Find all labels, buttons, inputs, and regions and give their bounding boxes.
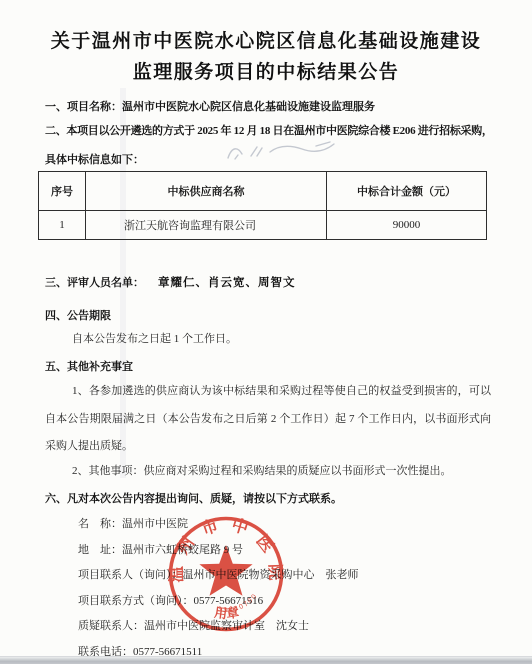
cell-supplier-name: 浙江天航咨询监理有限公司: [86, 211, 327, 240]
announcement-period-body: 自本公告发布之日起 1 个工作日。: [72, 332, 237, 347]
table-header-row: 序号 中标供应商名称 中标合计金额（元）: [39, 172, 487, 211]
document-title: 关于温州市中医院水心院区信息化基础设施建设 监理服务项目的中标结果公告: [0, 26, 532, 88]
section-review-panel: 三、评审人员名单：章耀仁、肖云宽、周智文: [45, 276, 296, 291]
header-total-amount: 中标合计金额（元）: [327, 172, 487, 211]
cell-serial-number: 1: [39, 211, 86, 240]
cell-total-amount: 90000: [327, 211, 487, 240]
section-contact-heading: 六、凡对本次公告内容提出询问、质疑，请按以下方式联系。: [45, 492, 342, 507]
contact-address-label: 地 址：: [78, 544, 122, 556]
bleed-through-handwriting-artifact: [218, 134, 348, 166]
supplementary-paragraph-1: 1、各参加遴选的供应商认为该中标结果和采购过程等使自己的权益受到损害的，可以自本…: [45, 378, 491, 461]
section-announcement-period-heading: 四、公告期限: [45, 309, 111, 324]
contact-challenge-person-label: 质疑联系人：: [78, 620, 144, 632]
contact-name-label: 名 称：: [78, 518, 122, 530]
seal-star-icon: [199, 545, 252, 596]
header-serial-number: 序号: [39, 172, 86, 211]
header-supplier-name: 中标供应商名称: [86, 172, 327, 211]
seal-graphic: 温州市中医院 用章 33030700788: [167, 515, 285, 633]
document-title-line2: 监理服务项目的中标结果公告: [0, 57, 532, 88]
official-red-seal: 温州市中医院 用章 33030700788: [167, 515, 285, 638]
section-project-name: 一、项目名称：温州市中医院水心院区信息化基础设施建设监理服务: [45, 100, 375, 115]
supplementary-paragraph-2: 2、其他事项：供应商对采购过程和采购结果的质疑应以书面形式一次性提出。: [72, 464, 452, 479]
section-bid-info-intro: 具体中标信息如下：: [45, 153, 144, 168]
table-row: 1 浙江天航咨询监理有限公司 90000: [39, 211, 487, 240]
review-panel-label: 三、评审人员名单：: [45, 277, 144, 289]
section-supplementary-heading: 五、其他补充事宜: [45, 360, 133, 375]
bid-result-table: 序号 中标供应商名称 中标合计金额（元） 1 浙江天航咨询监理有限公司 9000…: [38, 171, 487, 240]
scanned-announcement-document: 关于温州市中医院水心院区信息化基础设施建设 监理服务项目的中标结果公告 一、项目…: [0, 0, 532, 664]
document-title-line1: 关于温州市中医院水心院区信息化基础设施建设: [0, 26, 532, 57]
review-panel-names: 章耀仁、肖云宽、周智文: [158, 277, 296, 289]
page-bottom-edge: [0, 656, 532, 664]
